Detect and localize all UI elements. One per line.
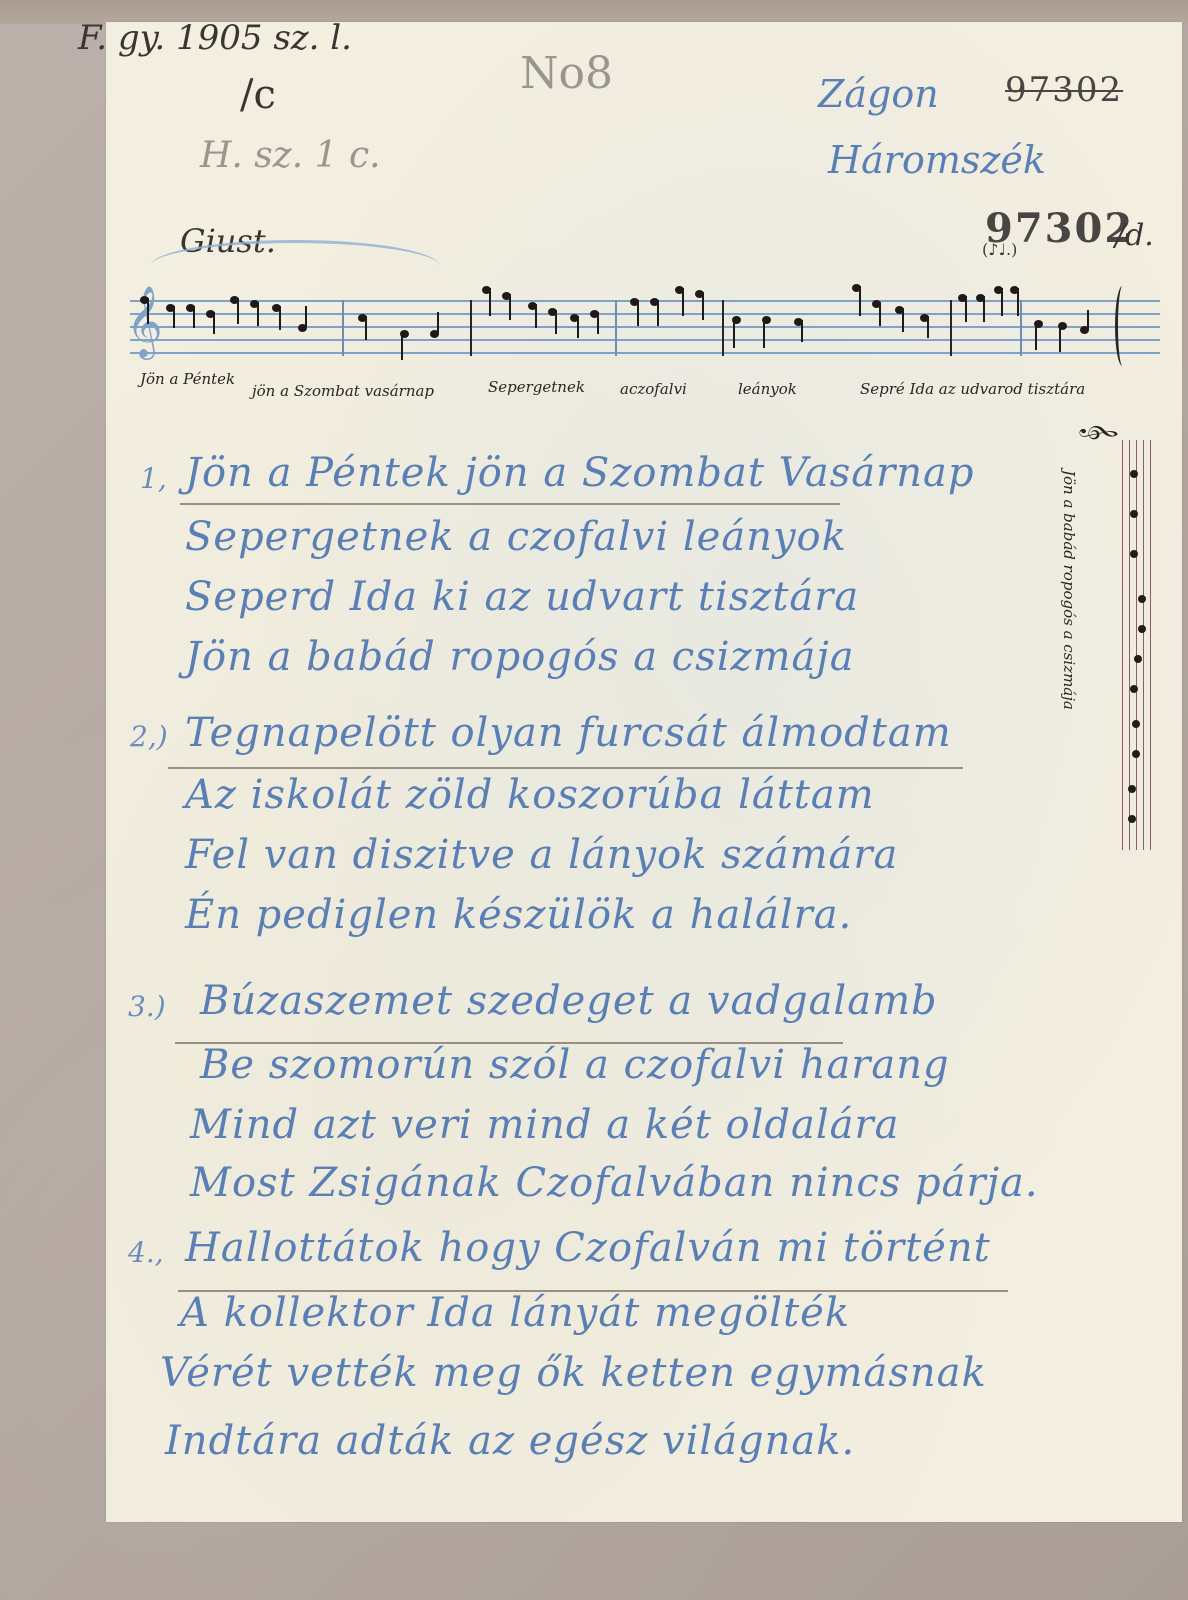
note-stem bbox=[983, 296, 985, 322]
note-stem bbox=[437, 312, 439, 334]
note-stem bbox=[365, 316, 367, 340]
verse-1-line-4: Jön a babád ropogós a csizmája bbox=[185, 634, 855, 680]
staff-line bbox=[130, 300, 1160, 302]
staff-line bbox=[1143, 440, 1144, 850]
verse-2-line-2: Az iskolát zöld koszorúba láttam bbox=[185, 772, 875, 818]
note bbox=[1130, 470, 1138, 478]
note bbox=[1132, 720, 1140, 728]
note-stem bbox=[173, 306, 175, 328]
note-stem bbox=[682, 288, 684, 316]
verse-3-line-4: Most Zsigának Czofalvában nincs párja. bbox=[190, 1160, 1039, 1206]
note-stem bbox=[859, 286, 861, 316]
note-stem bbox=[509, 294, 511, 320]
note-stem bbox=[401, 334, 403, 360]
staff-line bbox=[1150, 440, 1151, 850]
staff-line bbox=[1122, 440, 1123, 850]
note bbox=[1130, 510, 1138, 518]
note-stem bbox=[965, 296, 967, 322]
barline bbox=[470, 300, 472, 356]
side-music-staff: 𝄞 bbox=[1118, 430, 1158, 850]
note-stem bbox=[657, 300, 659, 326]
note bbox=[1128, 785, 1136, 793]
note-stem bbox=[1059, 326, 1061, 352]
note-stem bbox=[702, 292, 704, 320]
note-stem bbox=[257, 302, 259, 326]
staff-line bbox=[1136, 440, 1137, 850]
note-stem bbox=[879, 302, 881, 326]
verse-3-line-1: Búzaszemet szedeget a vadgalamb bbox=[200, 978, 938, 1024]
underlay-lyric: Sepré Ida az udvarod tisztára bbox=[860, 380, 1085, 398]
underlay-lyric: Sepergetnek bbox=[488, 378, 585, 396]
item-number-label: No bbox=[520, 48, 585, 99]
staff-line bbox=[130, 352, 1160, 354]
underlay-lyric: jön a Szombat vasárnap bbox=[252, 382, 434, 400]
place-name: Zágon bbox=[818, 72, 939, 116]
note-stem bbox=[902, 308, 904, 332]
underlay-lyric: Jön a Péntek bbox=[140, 370, 235, 388]
barline bbox=[722, 300, 724, 356]
verse-2-line-4: Én pediglen készülök a halálra. bbox=[185, 892, 852, 938]
verse-3-line-2: Be szomorún szól a czofalvi harang bbox=[200, 1042, 950, 1088]
note-stem bbox=[801, 320, 803, 342]
struck-inventory-stamp: 97302 bbox=[1005, 70, 1123, 110]
note-stem bbox=[489, 288, 491, 316]
pencil-note: H. sz. 1 c. bbox=[200, 135, 381, 176]
note-stem bbox=[213, 312, 215, 334]
catalog-subreference: /c bbox=[240, 72, 276, 118]
note-stem bbox=[555, 310, 557, 334]
barline bbox=[950, 300, 952, 356]
item-number: No8 bbox=[520, 48, 613, 99]
note bbox=[1130, 685, 1138, 693]
verse-underline bbox=[168, 767, 963, 769]
note bbox=[1138, 595, 1146, 603]
verse-2-line-3: Fel van diszitve a lányok számára bbox=[185, 832, 898, 878]
blue-pencil-slur bbox=[150, 240, 440, 293]
note-stem bbox=[1017, 288, 1019, 316]
barline bbox=[1020, 300, 1022, 356]
staff-line bbox=[130, 339, 1160, 341]
note bbox=[1128, 815, 1136, 823]
staff-line bbox=[130, 326, 1160, 328]
note bbox=[1130, 550, 1138, 558]
verse-1-line-1: Jön a Péntek jön a Szombat Vasárnap bbox=[185, 450, 974, 496]
catalog-reference: F. gy. 1905 sz. l. bbox=[78, 18, 352, 58]
note-stem bbox=[1001, 288, 1003, 316]
note-stem bbox=[305, 306, 307, 328]
rhythm-paren-note: (♪♩.) bbox=[982, 240, 1017, 259]
verse-3-line-3: Mind azt veri mind a két oldalára bbox=[190, 1102, 899, 1148]
verse-underline bbox=[180, 503, 840, 505]
verse-1-line-3: Seperd Ida ki az udvart tisztára bbox=[185, 574, 859, 620]
note-stem bbox=[193, 306, 195, 328]
verse-2-line-1: Tegnapelött olyan furcsát álmodtam bbox=[185, 710, 952, 756]
verse-number: 1, bbox=[140, 462, 167, 495]
side-melody-lyric: Jön a babád ropogós a csizmája bbox=[1060, 470, 1078, 710]
note-stem bbox=[237, 298, 239, 324]
treble-clef-icon: 𝄞 bbox=[1080, 422, 1119, 441]
note-stem bbox=[147, 298, 149, 324]
note-stem bbox=[279, 306, 281, 330]
note-stem bbox=[597, 312, 599, 334]
verse-4-line-4: Indtára adták az egész világnak. bbox=[165, 1418, 855, 1464]
note-stem bbox=[733, 320, 735, 348]
note-stem bbox=[577, 316, 579, 338]
staff-line bbox=[130, 313, 1160, 315]
barline bbox=[615, 300, 617, 356]
note-stem bbox=[637, 300, 639, 326]
note-stem bbox=[1035, 324, 1037, 350]
verse-number: 3.) bbox=[128, 990, 166, 1023]
end-brace bbox=[1115, 286, 1130, 366]
verse-1-line-2: Sepergetnek a czofalvi leányok bbox=[185, 514, 847, 560]
item-number-value: 8 bbox=[585, 48, 613, 99]
barline bbox=[342, 300, 344, 356]
verse-number: 2,) bbox=[130, 720, 168, 753]
underlay-lyric: leányok bbox=[738, 380, 797, 398]
verse-number: 4., bbox=[128, 1236, 164, 1269]
note-stem bbox=[763, 320, 765, 348]
note bbox=[1132, 750, 1140, 758]
note-stem bbox=[1087, 310, 1089, 330]
note-stem bbox=[927, 316, 929, 338]
region-name: Háromszék bbox=[828, 138, 1046, 182]
note bbox=[1138, 625, 1146, 633]
underlay-lyric: aczofalvi bbox=[620, 380, 687, 398]
verse-4-line-2: A kollektor Ida lányát megölték bbox=[180, 1290, 850, 1336]
music-staff: 𝄞 bbox=[130, 300, 1160, 360]
inventory-suffix: /d. bbox=[1115, 218, 1154, 253]
note-stem bbox=[535, 304, 537, 328]
verse-4-line-1: Hallottátok hogy Czofalván mi történt bbox=[185, 1225, 991, 1271]
note bbox=[1134, 655, 1142, 663]
verse-4-line-3: Vérét vették meg ők ketten egymásnak bbox=[160, 1350, 987, 1396]
